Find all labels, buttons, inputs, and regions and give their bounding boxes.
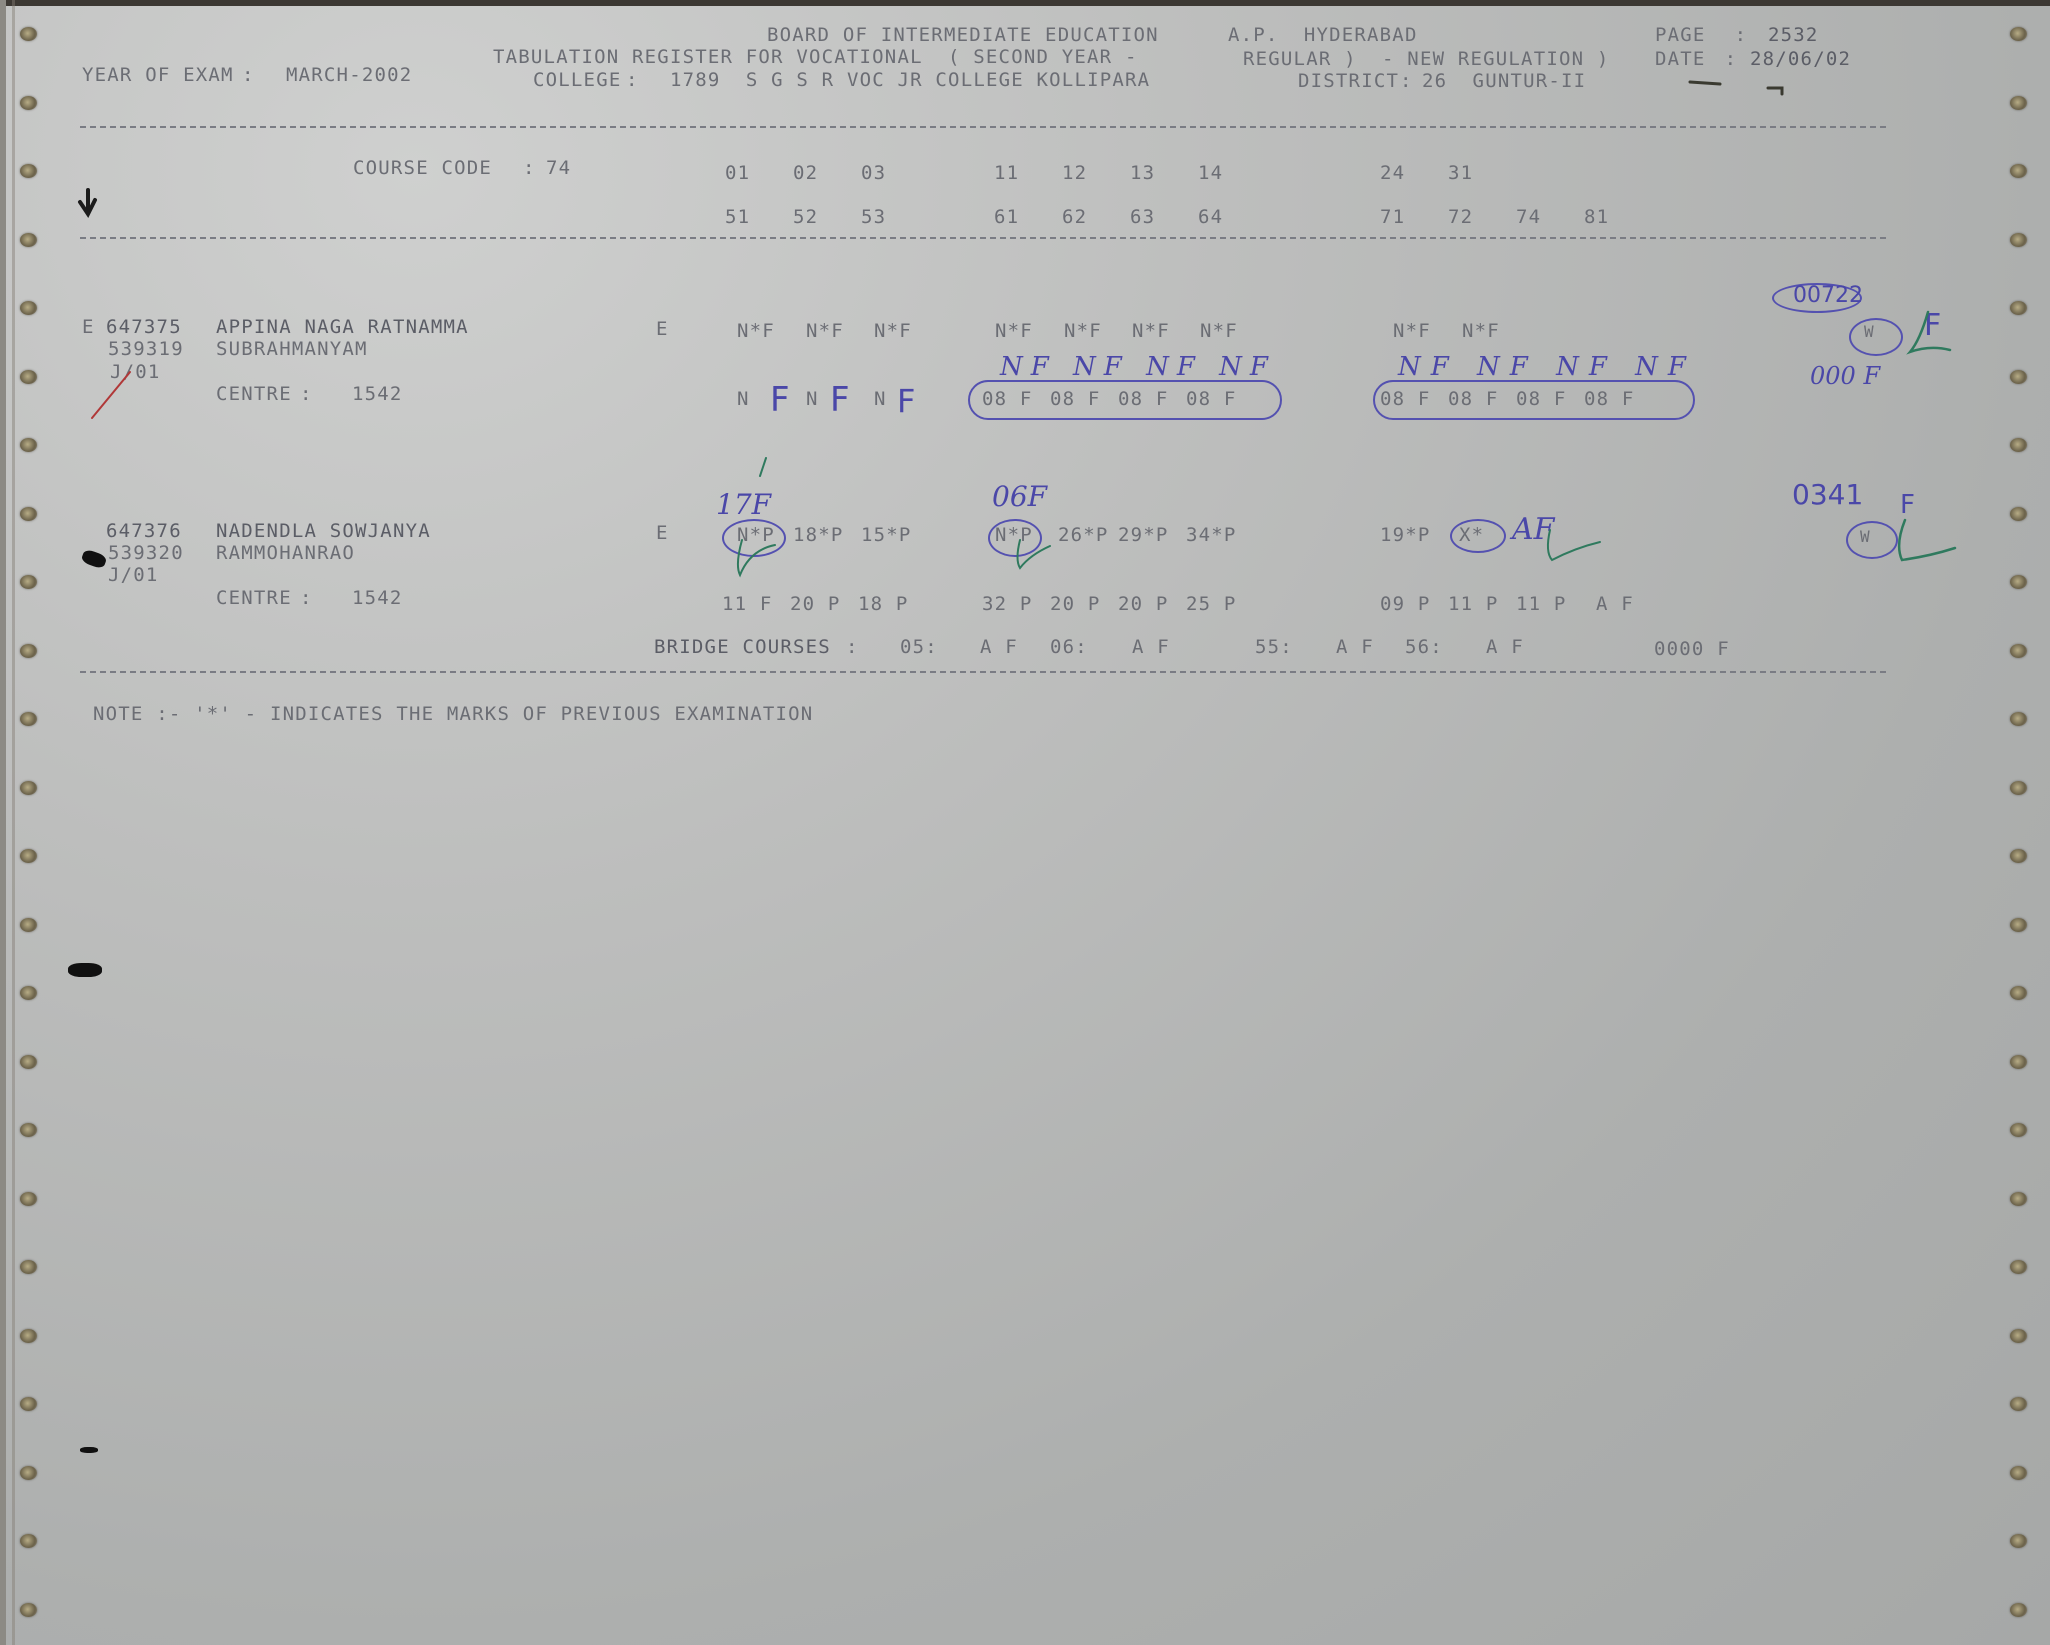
feed-hole — [2010, 1534, 2027, 1548]
subject-code: 53 — [861, 206, 886, 228]
feed-hole — [20, 1466, 37, 1480]
subject-code: 52 — [793, 206, 818, 228]
centre-label: CENTRE — [216, 587, 292, 609]
feed-hole — [2010, 1260, 2027, 1274]
hw-result: F — [1900, 490, 1915, 520]
state-city: A.P. HYDERABAD — [1228, 24, 1418, 46]
hw-note-a: 17F — [716, 488, 771, 521]
guardian-name: SUBRAHMANYAM — [216, 338, 368, 360]
feed-hole — [20, 644, 37, 658]
feed-hole — [20, 781, 37, 795]
subject-code: 11 — [994, 162, 1019, 184]
footnote: NOTE :- '*' - INDICATES THE MARKS OF PRE… — [93, 703, 813, 725]
regulation: REGULAR ) - NEW REGULATION ) — [1243, 48, 1610, 70]
hall-ticket: 647375 — [106, 316, 182, 338]
hw-total: 00722 — [1793, 283, 1863, 308]
student-prefix: E — [82, 316, 95, 338]
mark-cell: 29*P — [1118, 524, 1169, 546]
feed-hole — [20, 849, 37, 863]
feed-hole — [2010, 1123, 2027, 1137]
tractor-fold-line — [12, 0, 15, 1645]
feed-hole — [20, 1123, 37, 1137]
date-sep: : — [1712, 48, 1737, 70]
subject-code: 31 — [1448, 162, 1473, 184]
page-label: PAGE — [1655, 24, 1706, 46]
feed-hole — [2010, 1466, 2027, 1480]
college-value: 1789 S G S R VOC JR COLLEGE KOLLIPARA — [670, 69, 1150, 91]
district-value: 26 GUNTUR-II — [1422, 70, 1586, 92]
subject-code: 02 — [793, 162, 818, 184]
medium: E — [656, 318, 669, 340]
hw-circle — [1450, 519, 1506, 553]
centre-sep: : — [300, 383, 313, 405]
mark-cell: 20 P — [790, 593, 841, 615]
hw-result: F — [1924, 308, 1941, 343]
mark-cell: 20 P — [1118, 593, 1169, 615]
bridge-code: 05: — [900, 636, 938, 658]
subject-code: 03 — [861, 162, 886, 184]
mark-cell: 26*P — [1058, 524, 1109, 546]
bridge-sep: : — [846, 636, 859, 658]
feed-hole — [20, 1534, 37, 1548]
feed-hole — [2010, 301, 2027, 315]
subject-code: 81 — [1584, 206, 1609, 228]
feed-hole — [2010, 96, 2027, 110]
ink-blot — [80, 1447, 98, 1453]
feed-hole — [20, 507, 37, 521]
withheld-mark: W — [1860, 527, 1871, 546]
student-name: APPINA NAGA RATNAMMA — [216, 316, 469, 338]
date-label: DATE — [1655, 48, 1706, 70]
feed-hole — [20, 233, 37, 247]
year-sep: : — [242, 64, 255, 86]
mark-cell: 19*P — [1380, 524, 1431, 546]
hw-note-b: 06F — [992, 480, 1047, 513]
mark-cell: N*F — [1393, 320, 1431, 342]
feed-hole — [2010, 986, 2027, 1000]
feed-hole — [2010, 644, 2027, 658]
bridge-label: BRIDGE COURSES — [654, 636, 831, 658]
mark-cell: N*F — [806, 320, 844, 342]
reg-number: 539320 — [108, 542, 184, 564]
mark-cell: 20 P — [1050, 593, 1101, 615]
mark-cell: N*F — [874, 320, 912, 342]
district-label: DISTRICT — [1298, 70, 1399, 92]
bridge-code: 06: — [1050, 636, 1088, 658]
hw-circle-mid — [968, 380, 1282, 420]
withheld-mark: W — [1864, 322, 1875, 341]
left-edge — [0, 0, 6, 1645]
mark-cell: 32 P — [982, 593, 1033, 615]
mark-cell: N*F — [995, 320, 1033, 342]
hw-total: 0341 — [1792, 478, 1863, 511]
top-edge — [0, 0, 2050, 6]
mark-cell: 11 P — [1516, 593, 1567, 615]
feed-hole — [20, 1603, 37, 1617]
mark-cell: 25 P — [1186, 593, 1237, 615]
feed-hole — [2010, 1329, 2027, 1343]
mark-cell: 18 P — [858, 593, 909, 615]
feed-hole — [2010, 575, 2027, 589]
bridge-total: 0000 F — [1654, 638, 1730, 660]
hw-total2: 000 F — [1810, 362, 1880, 390]
subject-code: 13 — [1130, 162, 1155, 184]
mark-cell: 11 P — [1448, 593, 1499, 615]
subject-code: 72 — [1448, 206, 1473, 228]
subject-code: 64 — [1198, 206, 1223, 228]
hw-note-c: AF — [1512, 512, 1554, 547]
mark-cell: N*F — [1462, 320, 1500, 342]
feed-hole — [2010, 1192, 2027, 1206]
mark-cell: 09 P — [1380, 593, 1431, 615]
hw-f-3: F — [897, 382, 915, 420]
hw-circle-last — [1373, 380, 1695, 420]
student-name: NADENDLA SOWJANYA — [216, 520, 431, 542]
feed-hole — [2010, 849, 2027, 863]
mark-cell: 15*P — [861, 524, 912, 546]
subject-code: 14 — [1198, 162, 1223, 184]
date-value: 28/06/02 — [1750, 48, 1851, 70]
year-value: MARCH-2002 — [286, 64, 412, 86]
divider — [80, 671, 1886, 673]
course-code-label: COURSE CODE — [353, 157, 492, 179]
feed-hole — [2010, 918, 2027, 932]
hw-nf-mid: NF NF NF NF — [1000, 352, 1276, 382]
feed-hole — [2010, 1055, 2027, 1069]
feed-hole — [20, 986, 37, 1000]
hw-circle — [722, 519, 786, 557]
feed-hole — [2010, 438, 2027, 452]
feed-hole — [20, 438, 37, 452]
feed-hole — [20, 164, 37, 178]
mark-cell: N*F — [737, 320, 775, 342]
course-code-value: 74 — [546, 157, 571, 179]
feed-hole — [2010, 27, 2027, 41]
feed-hole — [20, 1329, 37, 1343]
printout-paper — [6, 6, 2050, 1645]
feed-hole — [2010, 1603, 2027, 1617]
course-code-sep: : — [523, 157, 536, 179]
year-label: YEAR OF EXAM — [82, 64, 234, 86]
mark-cell: 34*P — [1186, 524, 1237, 546]
centre-sep: : — [300, 587, 313, 609]
medium: E — [656, 522, 669, 544]
feed-hole — [2010, 781, 2027, 795]
bridge-result: A F — [1486, 636, 1524, 658]
hw-circle — [988, 519, 1042, 557]
feed-hole — [20, 27, 37, 41]
feed-hole — [20, 1055, 37, 1069]
feed-hole — [20, 575, 37, 589]
centre-value: 1542 — [352, 383, 403, 405]
bridge-code: 56: — [1405, 636, 1443, 658]
mark-cell: N*F — [1064, 320, 1102, 342]
print-n-1: N — [737, 388, 750, 410]
college-label: COLLEGE — [533, 69, 621, 91]
group-code: J/01 — [108, 564, 159, 586]
centre-label: CENTRE — [216, 383, 292, 405]
hw-w-circle — [1849, 318, 1903, 356]
register-title: TABULATION REGISTER FOR VOCATIONAL ( SEC… — [493, 46, 1138, 68]
board-title: BOARD OF INTERMEDIATE EDUCATION — [767, 24, 1159, 46]
centre-value: 1542 — [352, 587, 403, 609]
district-sep: : — [1400, 70, 1413, 92]
mark-cell: N*F — [1132, 320, 1170, 342]
feed-hole — [2010, 233, 2027, 247]
mark-cell: 18*P — [793, 524, 844, 546]
feed-hole — [20, 712, 37, 726]
mark-cell: N*F — [1200, 320, 1238, 342]
bridge-result: A F — [1336, 636, 1374, 658]
subject-code: 51 — [725, 206, 750, 228]
hw-f-2: F — [830, 380, 850, 420]
feed-hole — [20, 1192, 37, 1206]
print-n-2: N — [806, 388, 819, 410]
guardian-name: RAMMOHANRAO — [216, 542, 355, 564]
feed-hole — [20, 96, 37, 110]
mark-cell: A F — [1596, 593, 1634, 615]
bridge-result: A F — [980, 636, 1018, 658]
feed-hole — [2010, 1397, 2027, 1411]
feed-hole — [20, 1397, 37, 1411]
subject-code: 74 — [1516, 206, 1541, 228]
college-sep: : — [626, 69, 639, 91]
mark-cell: 11 F — [722, 593, 773, 615]
subject-code: 62 — [1062, 206, 1087, 228]
hw-nf-last: NF NF NF NF — [1398, 352, 1696, 382]
feed-hole — [20, 918, 37, 932]
feed-hole — [2010, 370, 2027, 384]
divider — [80, 126, 1886, 128]
feed-hole — [20, 370, 37, 384]
bridge-code: 55: — [1255, 636, 1293, 658]
print-n-3: N — [874, 388, 887, 410]
feed-hole — [2010, 507, 2027, 521]
subject-code: 12 — [1062, 162, 1087, 184]
subject-code: 71 — [1380, 206, 1405, 228]
hall-ticket: 647376 — [106, 520, 182, 542]
bridge-result: A F — [1132, 636, 1170, 658]
group-code: J/01 — [110, 361, 161, 383]
page-sep: : — [1722, 24, 1747, 46]
feed-hole — [20, 301, 37, 315]
subject-code: 24 — [1380, 162, 1405, 184]
reg-number: 539319 — [108, 338, 184, 360]
page-number: 2532 — [1768, 24, 1819, 46]
feed-hole — [2010, 712, 2027, 726]
feed-hole — [20, 1260, 37, 1274]
subject-code: 63 — [1130, 206, 1155, 228]
ink-blot — [68, 963, 102, 977]
subject-code: 61 — [994, 206, 1019, 228]
hw-w-circle — [1846, 521, 1898, 559]
hw-f-1: F — [770, 380, 790, 420]
subject-code: 01 — [725, 162, 750, 184]
feed-hole — [2010, 164, 2027, 178]
divider — [80, 237, 1886, 239]
